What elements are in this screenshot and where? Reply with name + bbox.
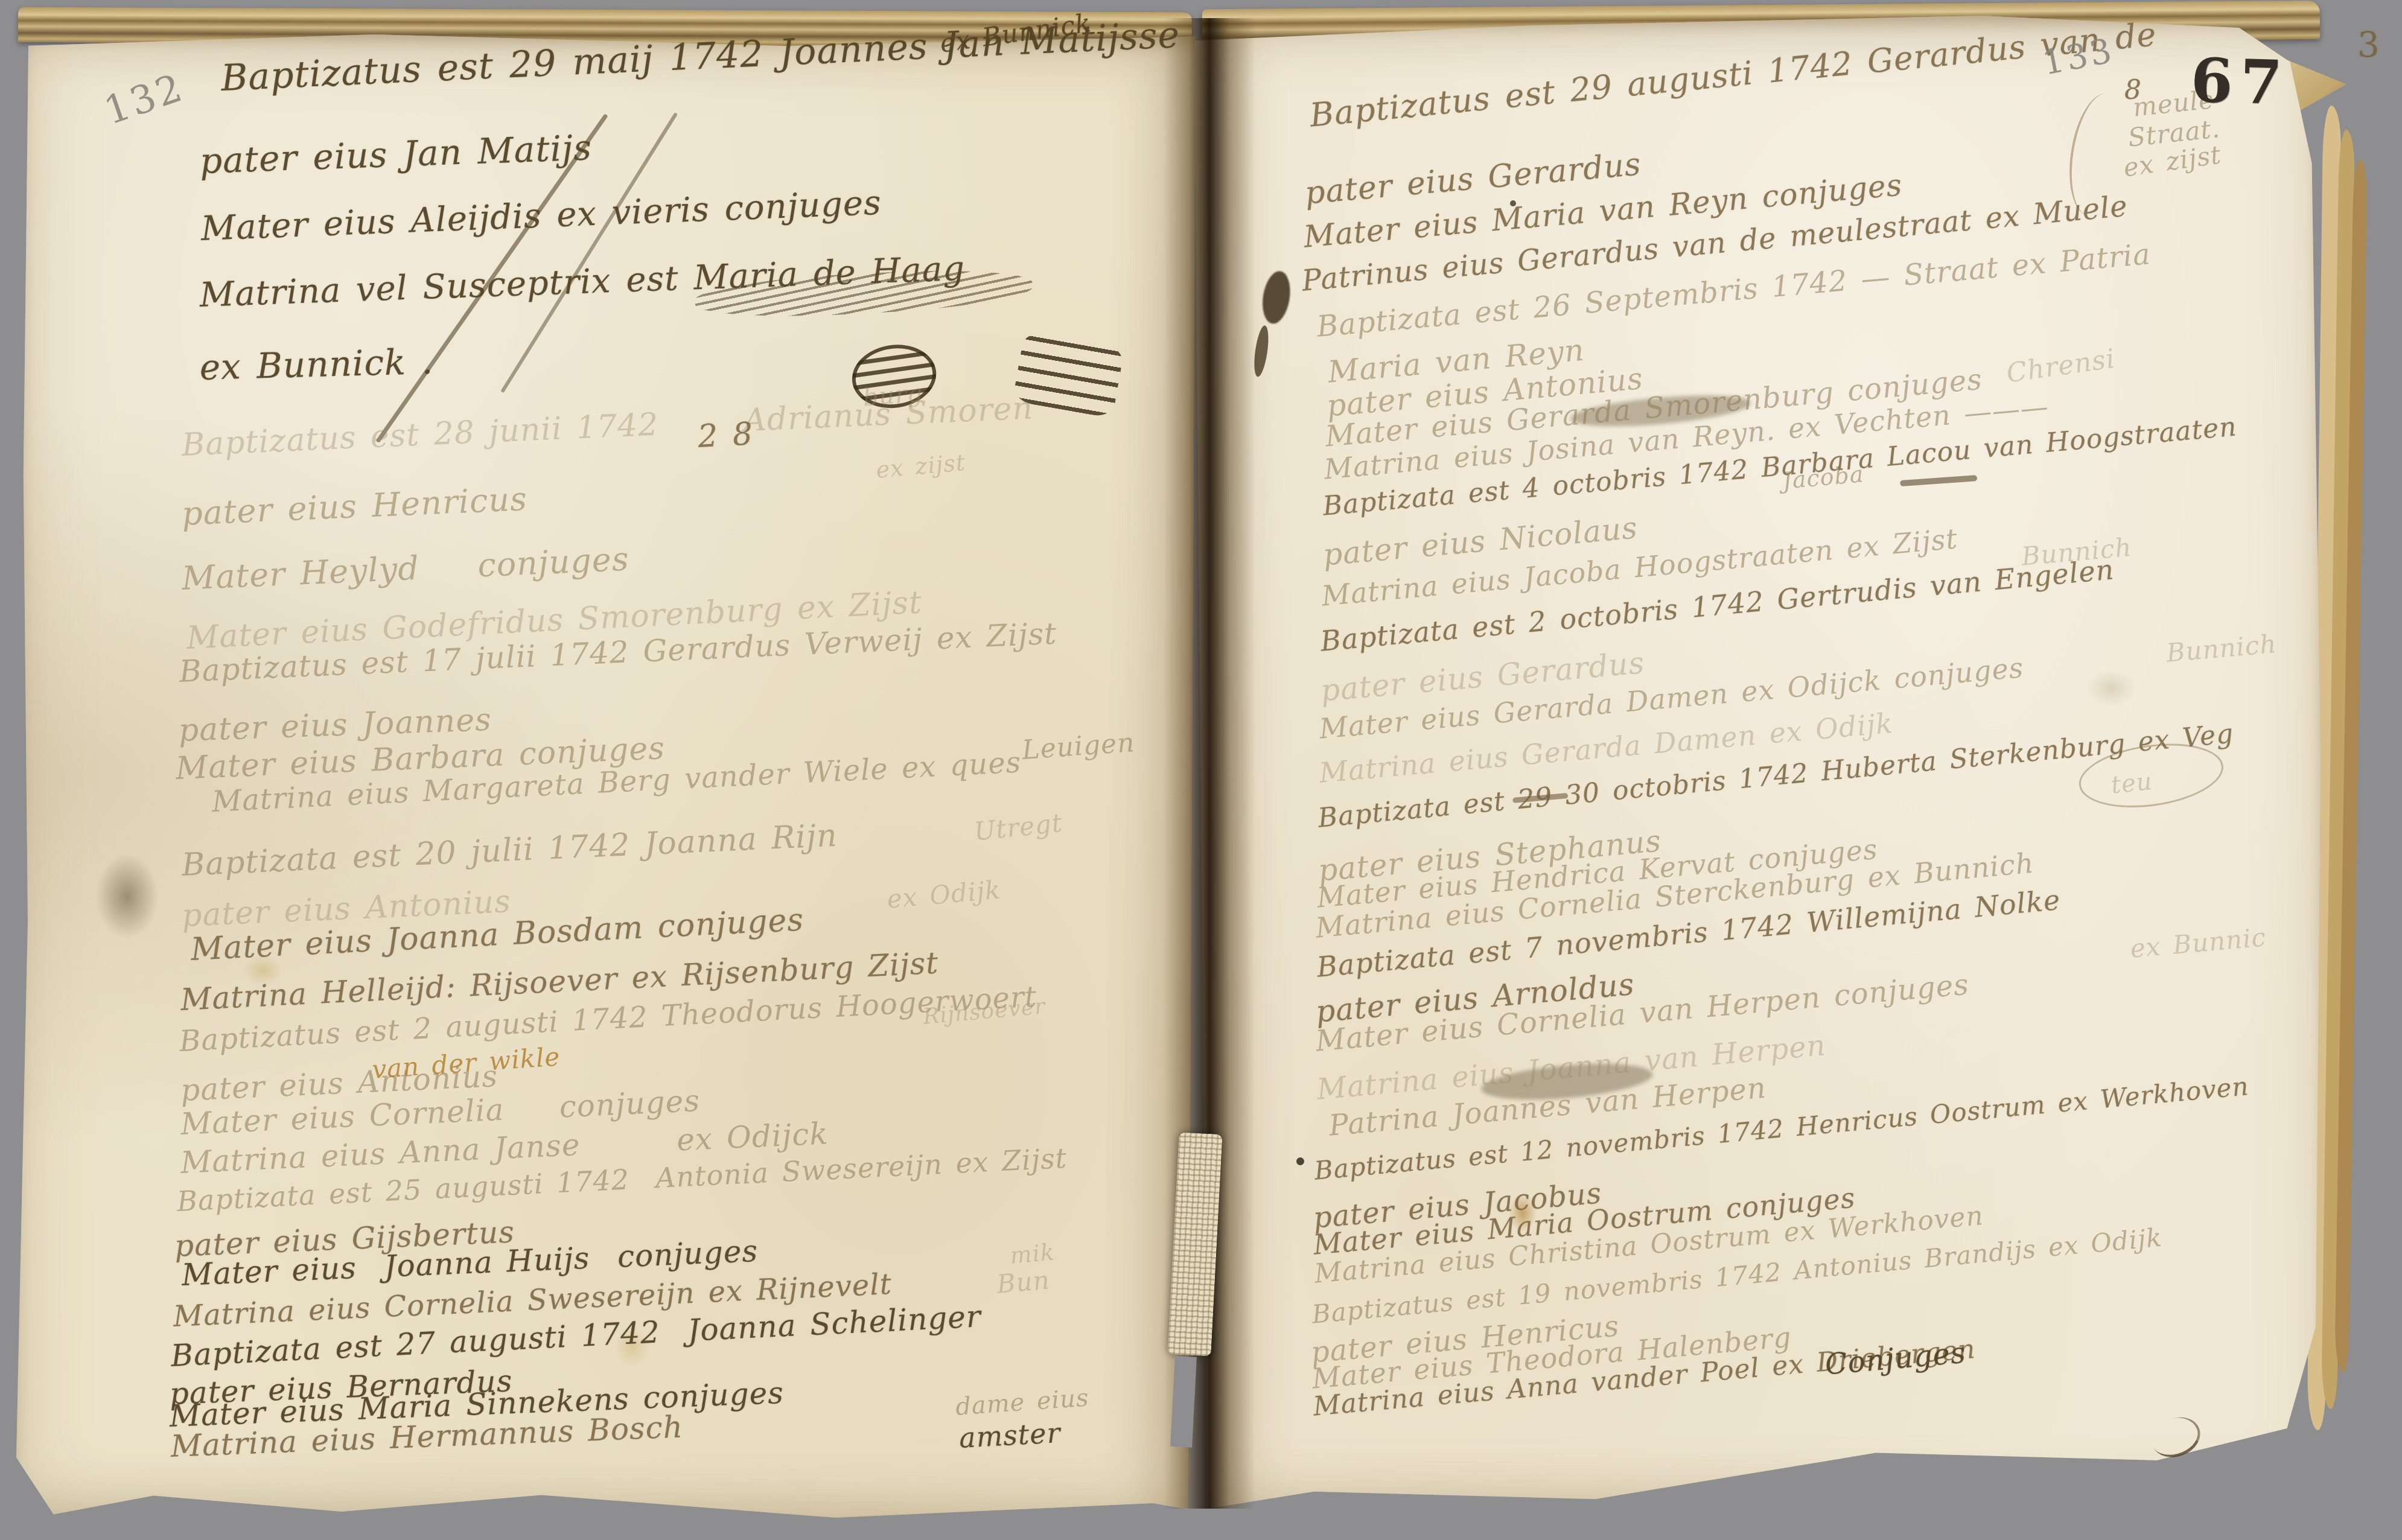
margin-note: ex Bunnic [2129,924,2267,962]
ink-numeral: 8 [2124,75,2141,106]
margin-note: teu [2110,769,2153,798]
margin-note: Bunnich [2165,631,2278,666]
corner-mark: 3 [2357,24,2380,65]
margin-note: Jacoba [1782,462,1865,492]
margin-note: Conjuges [1824,1338,1967,1379]
margin-note: Bunnich [2021,535,2133,570]
margin-note: Chrensi [2005,346,2117,387]
right-page-margin-notes: meuleStraat.ex zijstChrensiJacobaBunnich… [0,0,2402,1540]
photo-of-open-baptismal-register: Baptizatus est 29 maij 1742 Joannes Jan … [0,0,2402,1540]
folio-stamp-number: 67 [2190,45,2290,118]
